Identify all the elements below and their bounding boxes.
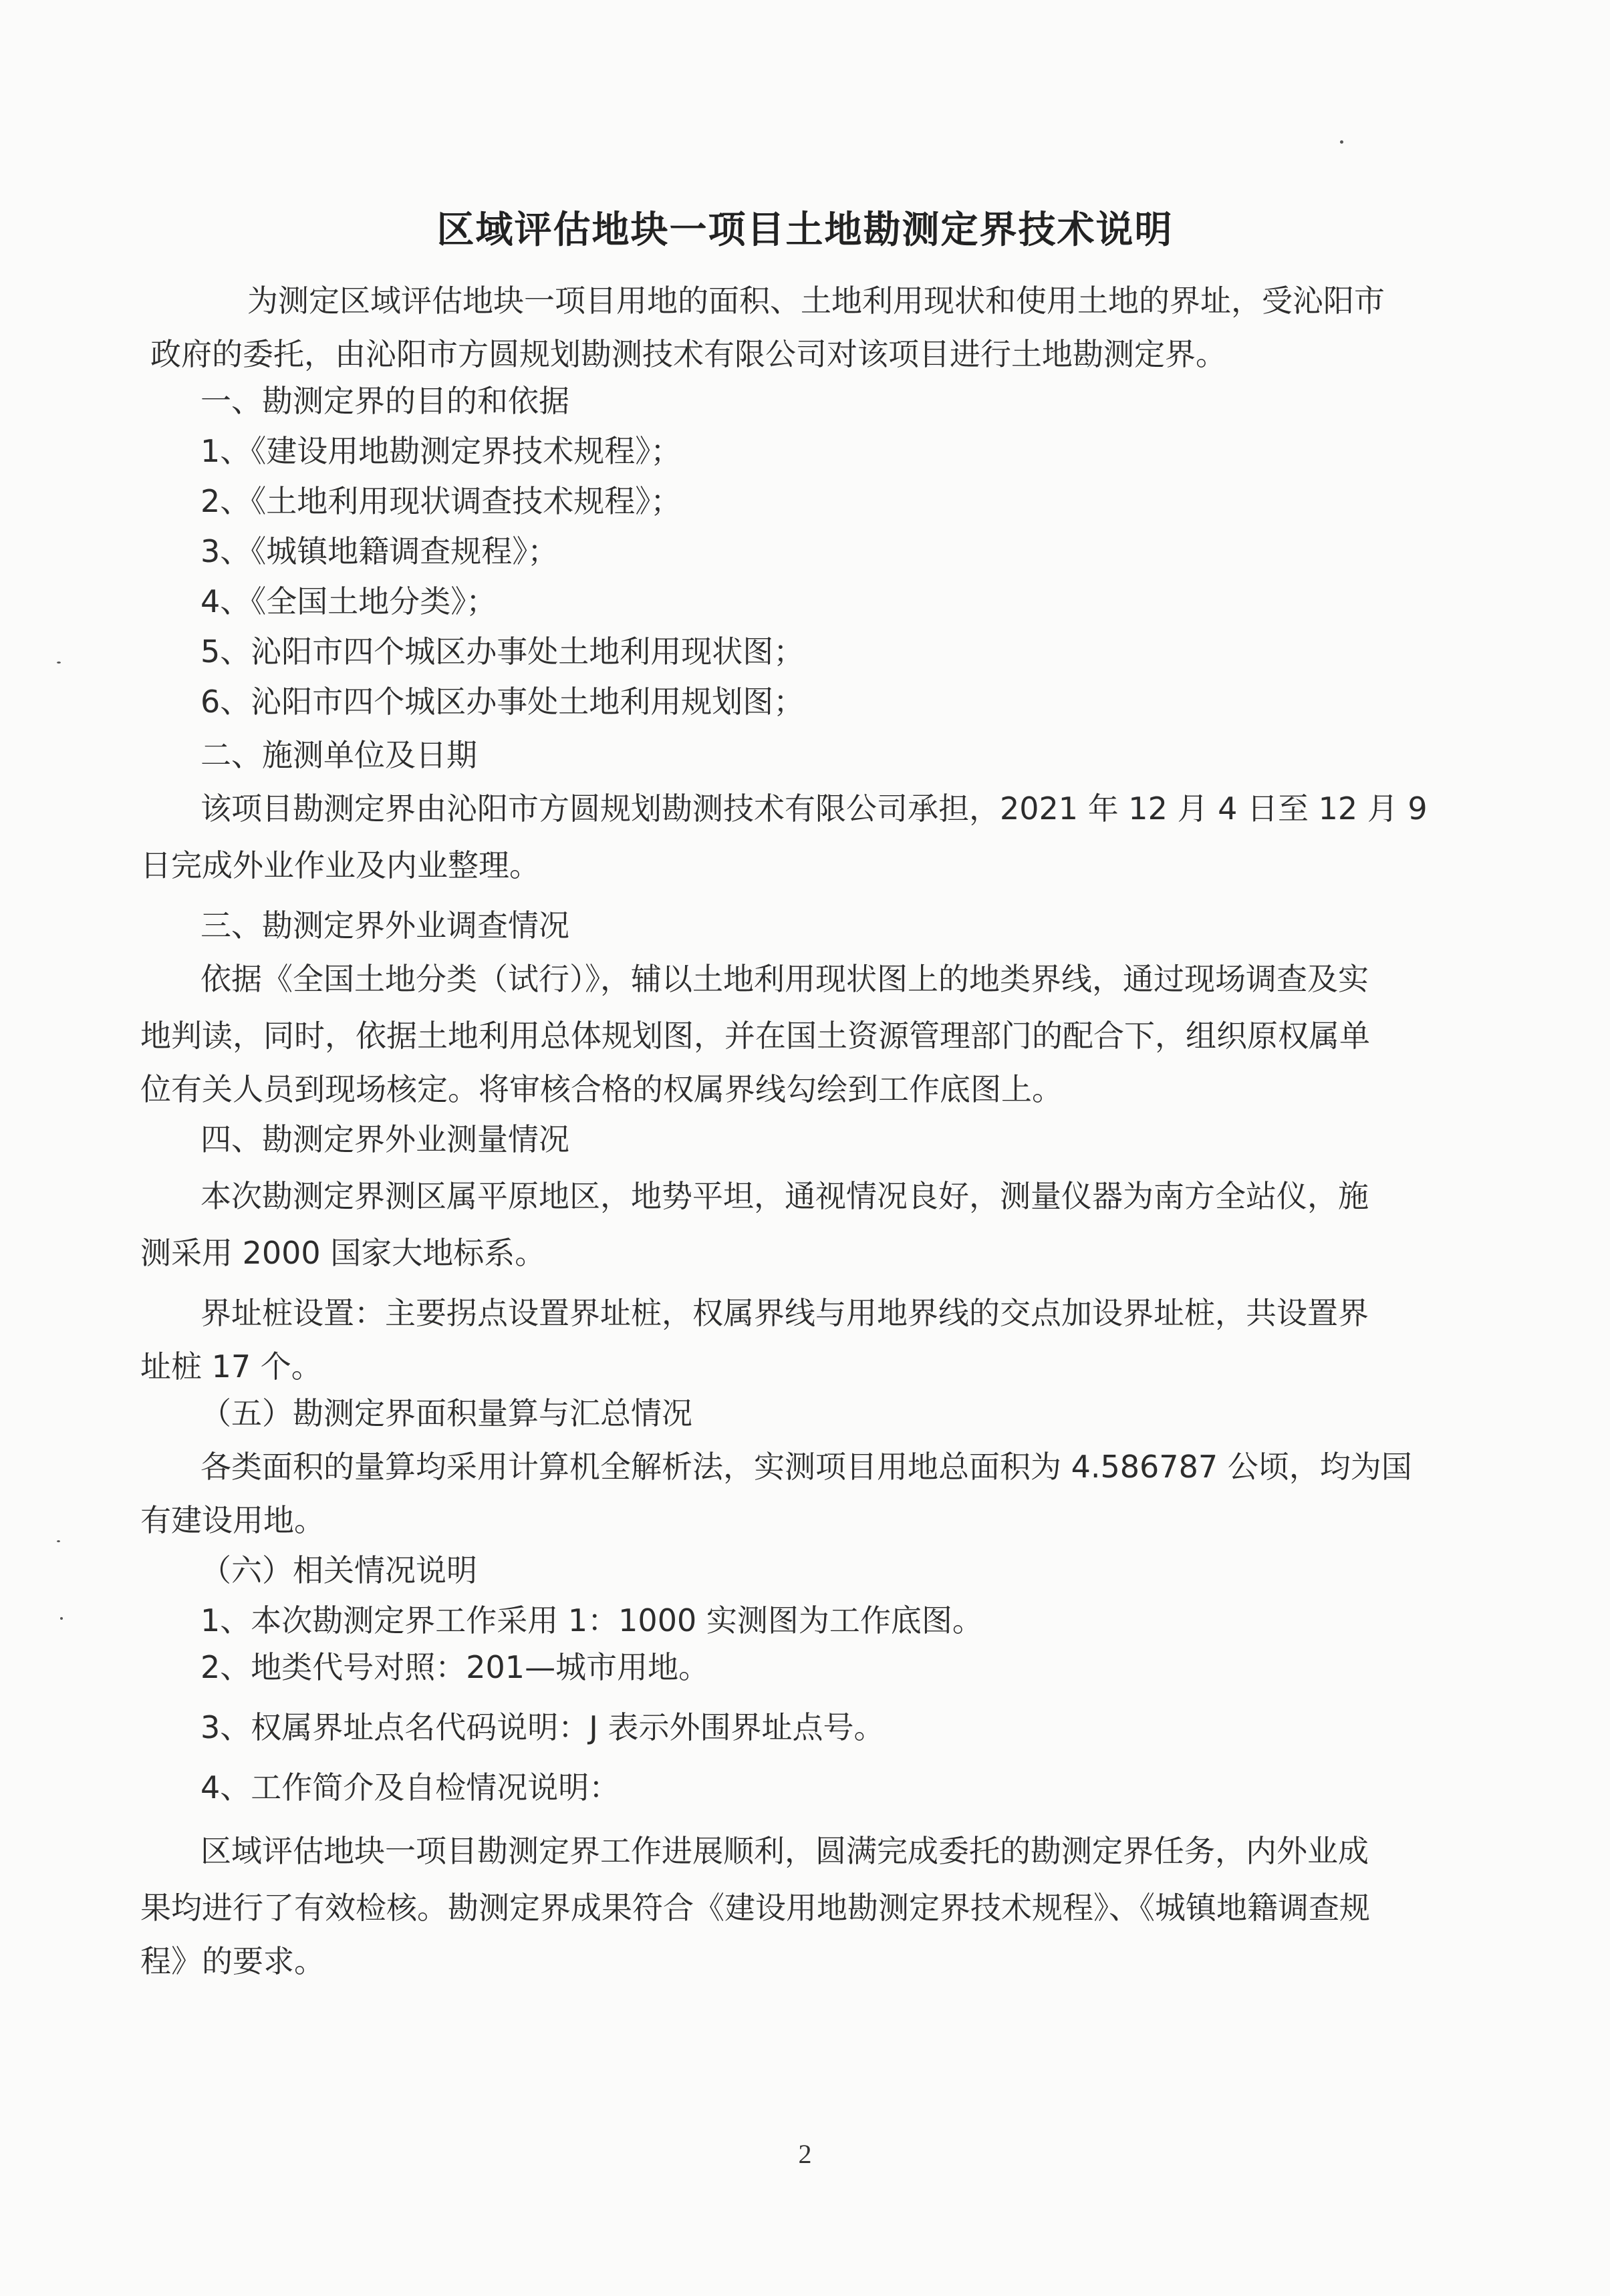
- scan-speck: [1340, 140, 1343, 144]
- document-page: 区域评估地块一项目土地勘测定界技术说明 为测定区域评估地块一项目用地的面积、土地…: [0, 0, 1610, 2296]
- section-4-stakes-1: 界址桩设置：主要拐点设置界址桩，权属界线与用地界线的交点加设界址桩，共设置界: [200, 1293, 1369, 1333]
- reference-item-1: 1、《建设用地勘测定界技术规程》；: [200, 431, 681, 471]
- summary-line-1: 区域评估地块一项目勘测定界工作进展顺利，圆满完成委托的勘测定界任务，内外业成: [200, 1831, 1369, 1871]
- note-item-1: 1、本次勘测定界工作采用 1：1000 实测图为工作底图。: [200, 1600, 983, 1640]
- intro-line-1: 为测定区域评估地块一项目用地的面积、土地利用现状和使用土地的界址，受沁阳市: [247, 281, 1385, 321]
- note-item-2: 2、地类代号对照：201—城市用地。: [200, 1647, 709, 1687]
- section-5-body-1: 各类面积的量算均采用计算机全解析法，实测项目用地总面积为 4.586787 公顷…: [200, 1447, 1412, 1487]
- reference-item-3: 3、《城镇地籍调查规程》；: [200, 531, 558, 571]
- section-3-body-1: 依据《全国土地分类（试行）》，辅以土地利用现状图上的地类界线，通过现场调查及实: [200, 959, 1369, 999]
- reference-item-6: 6、沁阳市四个城区办事处土地利用规划图；: [200, 682, 804, 722]
- section-4-body-1: 本次勘测定界测区属平原地区，地势平坦，通视情况良好，测量仪器为南方全站仪，施: [200, 1176, 1369, 1216]
- note-item-4: 4、工作简介及自检情况说明：: [200, 1767, 620, 1808]
- scan-speck: [57, 662, 61, 664]
- section-4-heading: 四、勘测定界外业测量情况: [200, 1119, 569, 1159]
- reference-item-2: 2、《土地利用现状调查技术规程》；: [200, 481, 681, 521]
- section-6-heading: （六）相关情况说明: [200, 1550, 477, 1590]
- document-title: 区域评估地块一项目土地勘测定界技术说明: [0, 200, 1610, 254]
- section-2-body-1: 该项目勘测定界由沁阳市方圆规划勘测技术有限公司承担，2021 年 12 月 4 …: [200, 788, 1428, 829]
- summary-line-2: 果均进行了有效检核。勘测定界成果符合《建设用地勘测定界技术规程》、《城镇地籍调查…: [140, 1888, 1370, 1928]
- reference-item-4: 4、《全国土地分类》；: [200, 581, 497, 621]
- page-number: 2: [0, 2138, 1610, 2170]
- section-4-body-2: 测采用 2000 国家大地标系。: [140, 1233, 545, 1273]
- section-4-stakes-2: 址桩 17 个。: [140, 1346, 322, 1387]
- intro-line-2: 政府的委托，由沁阳市方圆规划勘测技术有限公司对该项目进行土地勘测定界。: [150, 334, 1226, 374]
- section-3-heading: 三、勘测定界外业调查情况: [200, 905, 569, 946]
- section-3-body-3: 位有关人员到现场核定。将审核合格的权属界线勾绘到工作底图上。: [140, 1069, 1063, 1109]
- section-2-body-2: 日完成外业作业及内业整理。: [140, 845, 540, 885]
- section-5-heading: （五）勘测定界面积量算与汇总情况: [200, 1393, 692, 1433]
- scan-speck: [60, 1617, 63, 1620]
- scan-speck: [57, 1540, 60, 1542]
- section-2-heading: 二、施测单位及日期: [200, 735, 477, 775]
- section-5-body-2: 有建设用地。: [140, 1500, 325, 1540]
- section-1-heading: 一、勘测定界的目的和依据: [200, 381, 569, 421]
- reference-item-5: 5、沁阳市四个城区办事处土地利用现状图；: [200, 631, 804, 672]
- section-3-body-2: 地判读，同时，依据土地利用总体规划图，并在国土资源管理部门的配合下，组织原权属单: [140, 1016, 1370, 1056]
- note-item-3: 3、权属界址点名代码说明：J 表示外围界址点号。: [200, 1707, 884, 1747]
- summary-line-3: 程》的要求。: [140, 1941, 325, 1981]
